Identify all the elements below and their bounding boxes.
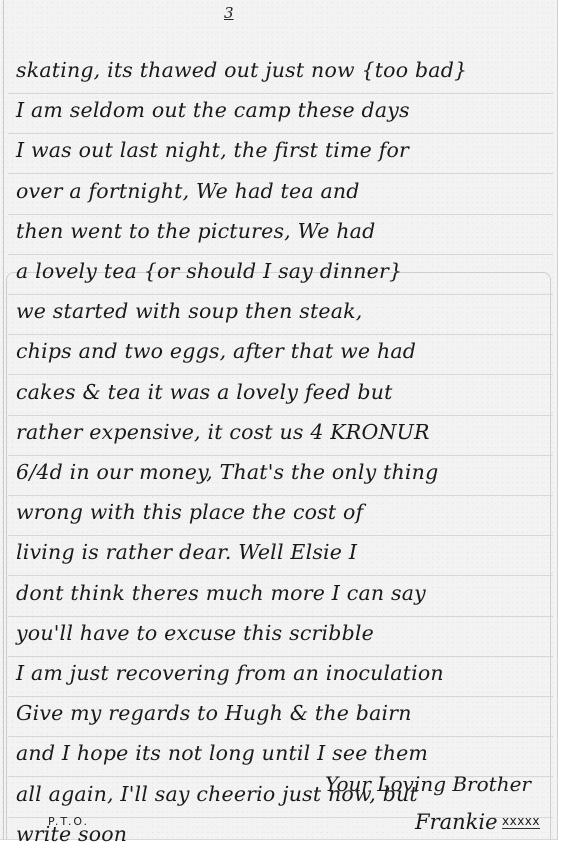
letter-line: skating, its thawed out just now {too ba… [16, 60, 556, 81]
ruled-line [8, 696, 553, 697]
ruled-line [8, 214, 553, 215]
ruled-line [8, 736, 553, 737]
letter-line: dont think theres much more I can say [16, 583, 556, 604]
letter-line: living is rather dear. Well Elsie I [16, 542, 556, 563]
letter-line: rather expensive, it cost us 4 KRONUR [16, 422, 556, 443]
ruled-line [8, 334, 553, 335]
letter-line: then went to the pictures, We had [16, 221, 556, 242]
paper-edge-line [3, 0, 4, 840]
closing: Your Loving Brother [325, 774, 531, 794]
letter-line: I am just recovering from an inoculation [16, 663, 556, 684]
ruled-line [8, 495, 553, 496]
letter-line: I am seldom out the camp these days [16, 100, 556, 121]
letter-line: over a fortnight, We had tea and [16, 181, 556, 202]
letter-line: a lovely tea {or should I say dinner} [16, 261, 556, 282]
ruled-line [8, 294, 553, 295]
letter-line: and I hope its not long until I see them [16, 743, 556, 764]
letter-line: Give my regards to Hugh & the bairn [16, 703, 556, 724]
letter-line: cakes & tea it was a lovely feed but [16, 382, 556, 403]
ruled-line [8, 173, 553, 174]
letter-line: I was out last night, the first time for [16, 140, 556, 161]
ruled-line [8, 455, 553, 456]
letter-line: 6/4d in our money, That's the only thing [16, 462, 556, 483]
letter-line: we started with soup then steak, [16, 301, 556, 322]
ruled-line [8, 254, 553, 255]
ruled-line [8, 415, 553, 416]
ruled-line [8, 656, 553, 657]
kisses: xxxxx [502, 815, 540, 829]
ruled-line [8, 93, 553, 94]
ruled-line [8, 133, 553, 134]
ruled-line [8, 374, 553, 375]
letter-page: 3 skating, its thawed out just now {too … [0, 0, 558, 840]
signature: Frankie [415, 812, 498, 833]
letter-line: chips and two eggs, after that we had [16, 341, 556, 362]
ruled-line [8, 616, 553, 617]
ruled-line [8, 575, 553, 576]
pto-note: P.T.O. [48, 815, 89, 828]
letter-line: you'll have to excuse this scribble [16, 623, 556, 644]
page-number: 3 [224, 4, 234, 22]
letter-line: wrong with this place the cost of [16, 502, 556, 523]
ruled-line [8, 535, 553, 536]
